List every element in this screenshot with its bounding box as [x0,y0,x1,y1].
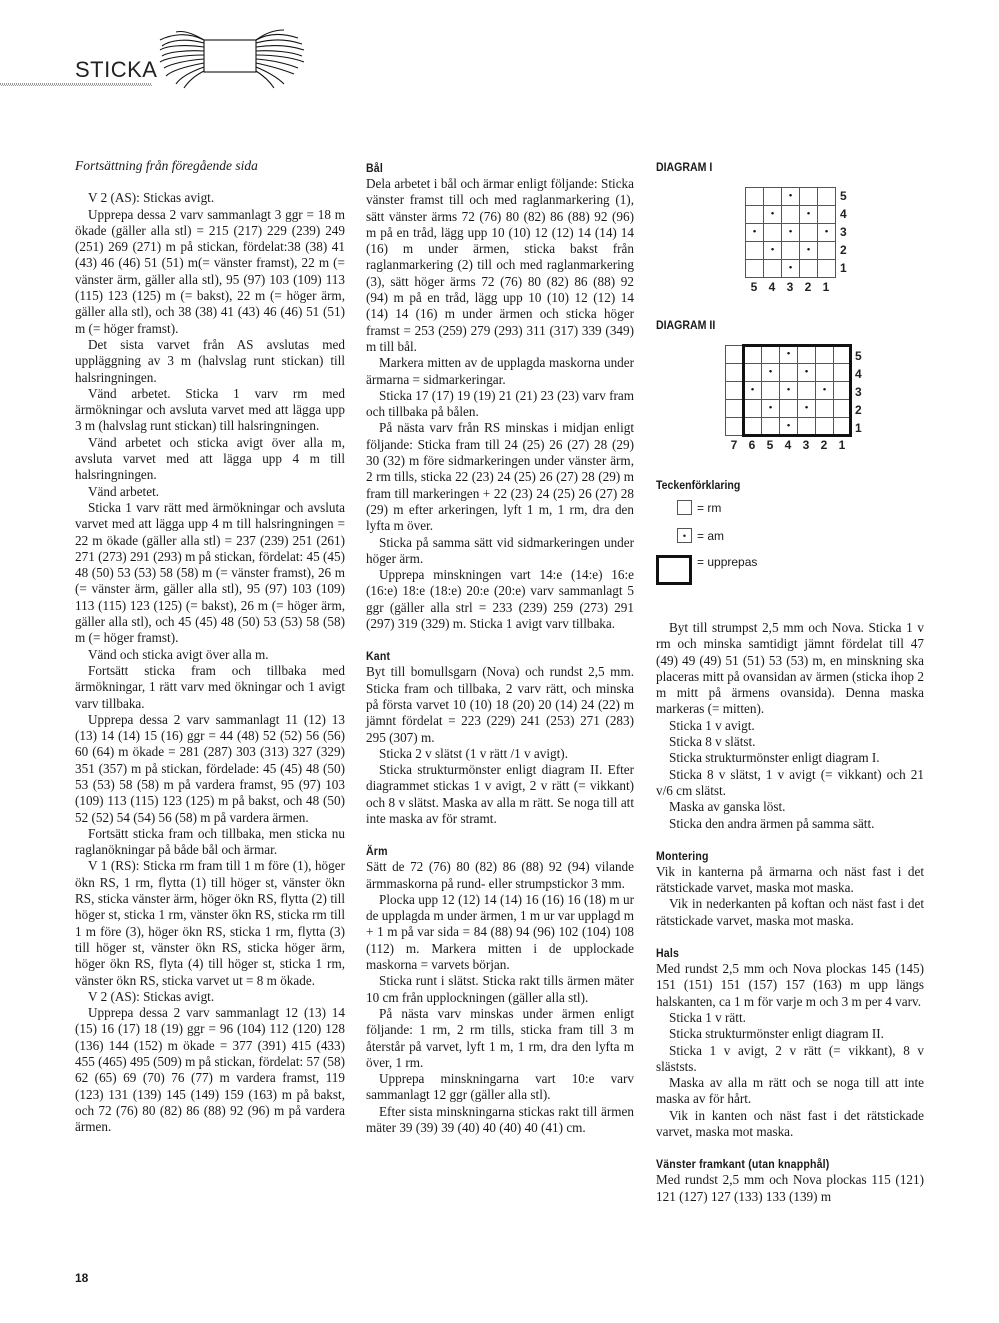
paragraph: Fortsätt sticka fram och tillbaka, men s… [75,826,345,859]
knit-stitch-cell [800,224,818,242]
paragraph: Efter sista minskningarna stickas rakt t… [366,1104,634,1137]
diagram-row [746,260,836,278]
knit-stitch-cell [818,242,836,260]
purl-stitch-cell [780,418,798,436]
dot-square-icon: • [677,528,692,543]
paragraph: Markera mitten av de upplagda maskorna u… [366,355,634,388]
row-label: 5 [840,187,847,205]
knit-stitch-cell [782,242,800,260]
purl-stitch-cell [762,364,780,382]
knit-stitch-cell [800,260,818,278]
purl-stitch-cell [800,242,818,260]
col-label: 5 [745,280,763,294]
col-label: 5 [761,438,779,452]
knit-stitch-cell [764,188,782,206]
knit-stitch-cell [744,400,762,418]
purl-stitch-cell [780,382,798,400]
yarn-skein-icon [158,28,306,90]
knit-stitch-cell [818,206,836,224]
paragraph: På nästa varv minskas under ärmen enligt… [366,1006,634,1071]
paragraph: Upprepa minskningarna vart 10:e varv sam… [366,1071,634,1104]
diagram-row [726,418,852,436]
section-title: STICKA [75,57,157,83]
diagram-row [726,346,852,364]
knit-stitch-cell [762,382,780,400]
paragraph: Byt till bomullsgarn (Nova) och rundst 2… [366,664,634,745]
section-heading-hals: Hals [656,945,892,961]
knit-stitch-cell [818,188,836,206]
paragraph: Med rundst 2,5 mm och Nova plockas 115 (… [656,1172,924,1205]
paragraph: Vänd arbetet. [75,484,345,500]
paragraph: Sticka 8 v slätst, 1 v avigt (= vikkant)… [656,767,924,800]
paragraph: Vik in kanterna på ärmarna och näst fast… [656,864,924,897]
continuation-note: Fortsättning från föregående sida [75,158,345,174]
knit-stitch-cell [726,346,744,364]
row-label: 3 [855,383,862,401]
paragraph: Sticka strukturmönster enligt diagram II… [366,762,634,827]
purl-stitch-cell [762,400,780,418]
knit-stitch-cell [744,346,762,364]
paragraph: Sticka strukturmönster enligt diagram II… [656,1026,924,1042]
paragraph: Sticka runt i slätst. Sticka rakt tills … [366,973,634,1006]
knit-stitch-cell [816,418,834,436]
diagram-row [726,382,852,400]
paragraph: Sticka 1 varv rätt med ärmökningar och a… [75,500,345,647]
purl-stitch-cell [780,346,798,364]
col-label: 7 [725,438,743,452]
knit-stitch-cell [726,400,744,418]
diagram-2-grid [725,345,852,436]
knit-stitch-cell [780,364,798,382]
knit-stitch-cell [762,346,780,364]
knit-stitch-cell [816,400,834,418]
paragraph: Vänd arbetet. Sticka 1 varv rm med ärmök… [75,386,345,435]
paragraph: Sticka strukturmönster enligt diagram I. [656,750,924,766]
paragraph: Sticka den andra ärmen på samma sätt. [656,816,924,832]
knit-stitch-cell [816,346,834,364]
col-label: 1 [833,438,851,452]
header-divider-shadow [0,85,152,86]
paragraph: Sticka på samma sätt vid sidmarkeringen … [366,535,634,568]
purl-stitch-cell [818,224,836,242]
knit-stitch-cell [834,346,852,364]
knit-stitch-cell [746,242,764,260]
knit-stitch-cell [746,206,764,224]
knit-stitch-cell [800,188,818,206]
diagram-2-title: DIAGRAM II [656,318,715,332]
diagram-2-row-labels: 54321 [855,347,862,437]
paragraph: V 2 (AS): Stickas avigt. [75,989,345,1005]
purl-stitch-cell [798,400,816,418]
row-label: 2 [855,401,862,419]
col-label: 4 [779,438,797,452]
empty-square-icon [677,500,692,515]
knit-stitch-cell [834,400,852,418]
paragraph: Sticka 2 v slätst (1 v rätt /1 v avigt). [366,746,634,762]
knit-stitch-cell [746,188,764,206]
diagram-1-grid [745,187,836,278]
paragraph: Byt till strumpst 2,5 mm och Nova. Stick… [656,620,924,718]
col-label: 4 [763,280,781,294]
diagram-row [726,400,852,418]
paragraph: Upprepa minskningen vart 14:e (14:e) 16:… [366,567,634,632]
knit-stitch-cell [726,382,744,400]
legend-title: Teckenförklaring [656,478,740,492]
knit-stitch-cell [816,364,834,382]
paragraph: Maska av alla m rätt och se noga till at… [656,1075,924,1108]
purl-stitch-cell [798,364,816,382]
col-label: 3 [797,438,815,452]
knit-stitch-cell [726,418,744,436]
bold-frame-icon [656,555,692,585]
row-label: 4 [855,365,862,383]
purl-stitch-cell [782,260,800,278]
paragraph: På nästa varv från RS minskas i midjan e… [366,420,634,534]
purl-stitch-cell [764,242,782,260]
paragraph: Upprepa dessa 2 varv sammanlagt 11 (12) … [75,712,345,826]
page-header: STICKA [0,0,999,110]
paragraph: Vänd och sticka avigt över alla m. [75,647,345,663]
diagram-row [746,206,836,224]
col-label: 6 [743,438,761,452]
knit-stitch-cell [744,364,762,382]
knit-stitch-cell [762,418,780,436]
section-heading-bal: Bål [366,160,602,176]
diagram-row [726,364,852,382]
row-label: 1 [840,259,847,277]
paragraph: Med rundst 2,5 mm och Nova plockas 145 (… [656,961,924,1010]
col-label: 3 [781,280,799,294]
diagram-1-col-labels: 54321 [745,280,835,294]
knit-stitch-cell [764,260,782,278]
purl-stitch-cell [764,206,782,224]
section-heading-vanster-framkant: Vänster framkant (utan knapphål) [656,1156,892,1172]
row-label: 4 [840,205,847,223]
purl-stitch-cell [744,382,762,400]
diagram-1-title: DIAGRAM I [656,160,712,174]
knit-stitch-cell [818,260,836,278]
legend-item-rm: = rm [677,500,721,515]
purl-stitch-cell [782,188,800,206]
knit-stitch-cell [834,382,852,400]
knit-stitch-cell [746,260,764,278]
knit-stitch-cell [780,400,798,418]
purl-stitch-cell [782,224,800,242]
legend-item-am: • = am [677,528,724,543]
knit-stitch-cell [834,364,852,382]
knit-stitch-cell [834,418,852,436]
knit-stitch-cell [798,418,816,436]
diagram-row [746,242,836,260]
knit-stitch-cell [798,382,816,400]
paragraph: Plocka upp 12 (12) 14 (14) 16 (16) 16 (1… [366,892,634,973]
paragraph: Fortsätt sticka fram och tillbaka med är… [75,663,345,712]
column-3: Byt till strumpst 2,5 mm och Nova. Stick… [656,620,924,1205]
row-label: 5 [855,347,862,365]
paragraph: Sätt de 72 (76) 80 (82) 86 (88) 92 (94) … [366,859,634,892]
diagram-2-col-labels: 7654321 [725,438,851,452]
diagram-row [746,188,836,206]
purl-stitch-cell [800,206,818,224]
paragraph: Sticka 17 (17) 19 (19) 21 (21) 23 (23) v… [366,388,634,421]
knit-stitch-cell [764,224,782,242]
diagram-row [746,224,836,242]
column-2: Bål Dela arbetet i bål och ärmar enligt … [366,160,634,1136]
paragraph: Vänd arbetet och sticka avigt över alla … [75,435,345,484]
page-number: 18 [75,1271,88,1285]
purl-stitch-cell [746,224,764,242]
col-label: 1 [817,280,835,294]
col-label: 2 [815,438,833,452]
paragraph: Dela arbetet i bål och ärmar enligt följ… [366,176,634,355]
paragraph: Vik in nederkanten på koftan och näst fa… [656,896,924,929]
paragraph: V 2 (AS): Stickas avigt. [75,190,345,206]
paragraph: Vik in kanten och näst fast i det rätsti… [656,1108,924,1141]
row-label: 2 [840,241,847,259]
paragraph: Det sista varvet från AS avslutas med up… [75,337,345,386]
col-label: 2 [799,280,817,294]
column-1: Fortsättning från föregående sida V 2 (A… [75,158,345,1136]
paragraph: Upprepa dessa 2 varv sammanlagt 3 ggr = … [75,207,345,337]
knit-stitch-cell [726,364,744,382]
paragraph: Maska av ganska löst. [656,799,924,815]
knit-stitch-cell [798,346,816,364]
knit-stitch-cell [782,206,800,224]
row-label: 3 [840,223,847,241]
paragraph: Upprepa dessa 2 varv sammanlagt 12 (13) … [75,1005,345,1135]
paragraph: Sticka 8 v slätst. [656,734,924,750]
diagram-1-row-labels: 54321 [840,187,847,277]
section-heading-arm: Ärm [366,843,602,859]
section-heading-montering: Montering [656,848,892,864]
row-label: 1 [855,419,862,437]
knit-stitch-cell [744,418,762,436]
paragraph: Sticka 1 v rätt. [656,1010,924,1026]
paragraph: Sticka 1 v avigt. [656,718,924,734]
section-heading-kant: Kant [366,648,602,664]
legend-item-upprepas: = upprepas [656,555,757,585]
paragraph: Sticka 1 v avigt, 2 v rätt (= vikkant), … [656,1043,924,1076]
paragraph: V 1 (RS): Sticka rm fram till 1 m före (… [75,858,345,988]
purl-stitch-cell [816,382,834,400]
